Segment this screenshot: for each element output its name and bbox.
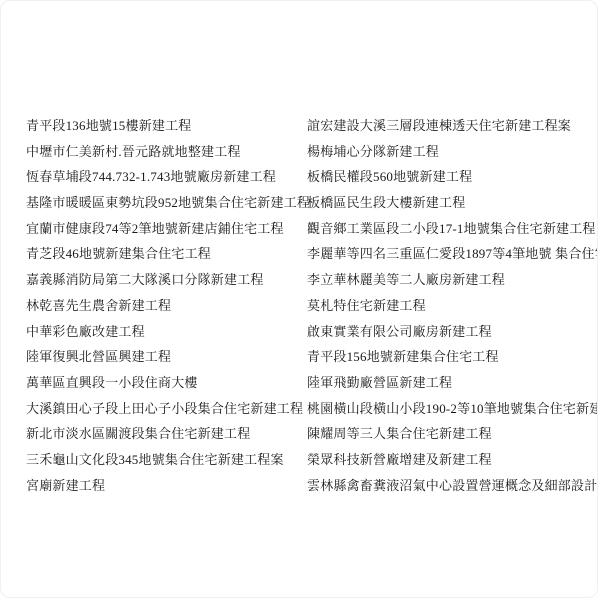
project-item: 大溪鎮田心子段上田心子小段集合住宅新建工程	[26, 396, 304, 422]
project-item: 宮廟新建工程	[26, 473, 304, 499]
project-item: 陳耀周等三人集合住宅新建工程	[307, 421, 589, 447]
project-item: 觀音鄉工業區段二小段17-1地號集合住宅新建工程	[307, 216, 589, 242]
project-item: 桃園橫山段橫山小段190-2等10筆地號集合住宅新建工程	[307, 396, 589, 422]
project-item: 板橋民權段560地號新建工程	[307, 164, 589, 190]
project-item: 李立華林麗美等二人廠房新建工程	[307, 267, 589, 293]
project-item: 陸軍飛勤廠營區新建工程	[307, 370, 589, 396]
project-item: 啟東實業有限公司廠房新建工程	[307, 319, 589, 345]
project-item: 榮眾科技新營廠增建及新建工程	[307, 447, 589, 473]
project-item: 宜蘭市健康段74等2筆地號新建店鋪住宅工程	[26, 216, 304, 242]
project-item: 三禾龜山文化段345地號集合住宅新建工程案	[26, 447, 304, 473]
project-item: 莫札特住宅新建工程	[307, 293, 589, 319]
project-list-left: 青平段136地號15樓新建工程中壢市仁美新村.晉元路就地整建工程恆春草埔段744…	[26, 113, 304, 498]
project-item: 楊梅埔心分隊新建工程	[307, 139, 589, 165]
project-item: 嘉義縣消防局第二大隊溪口分隊新建工程	[26, 267, 304, 293]
project-item: 青芝段46地號新建集合住宅工程	[26, 241, 304, 267]
project-item: 萬華區直興段一小段住商大樓	[26, 370, 304, 396]
document-page: 青平段136地號15樓新建工程中壢市仁美新村.晉元路就地整建工程恆春草埔段744…	[0, 0, 598, 598]
project-item: 李麗華等四名三重區仁愛段1897等4筆地號 集合住宅新建工程	[307, 241, 589, 267]
project-item: 雲林縣禽畜糞液沼氣中心設置營運概念及細部設計計畫	[307, 473, 589, 499]
project-item: 中壢市仁美新村.晉元路就地整建工程	[26, 139, 304, 165]
project-item: 中華彩色廠改建工程	[26, 319, 304, 345]
project-item: 陸軍復興北營區興建工程	[26, 344, 304, 370]
project-item: 誼宏建設大溪三層段連棟透天住宅新建工程案	[307, 113, 589, 139]
project-item: 基隆市暖暖區東勢坑段952地號集合住宅新建工程	[26, 190, 304, 216]
project-item: 板橋區民生段大樓新建工程	[307, 190, 589, 216]
project-item: 林乾喜先生農舍新建工程	[26, 293, 304, 319]
project-item: 恆春草埔段744.732-1.743地號廠房新建工程	[26, 164, 304, 190]
project-item: 新北市淡水區關渡段集合住宅新建工程	[26, 421, 304, 447]
project-item: 青平段156地號新建集合住宅工程	[307, 344, 589, 370]
project-list-right: 誼宏建設大溪三層段連棟透天住宅新建工程案楊梅埔心分隊新建工程板橋民權段560地號…	[307, 113, 589, 498]
project-item: 青平段136地號15樓新建工程	[26, 113, 304, 139]
